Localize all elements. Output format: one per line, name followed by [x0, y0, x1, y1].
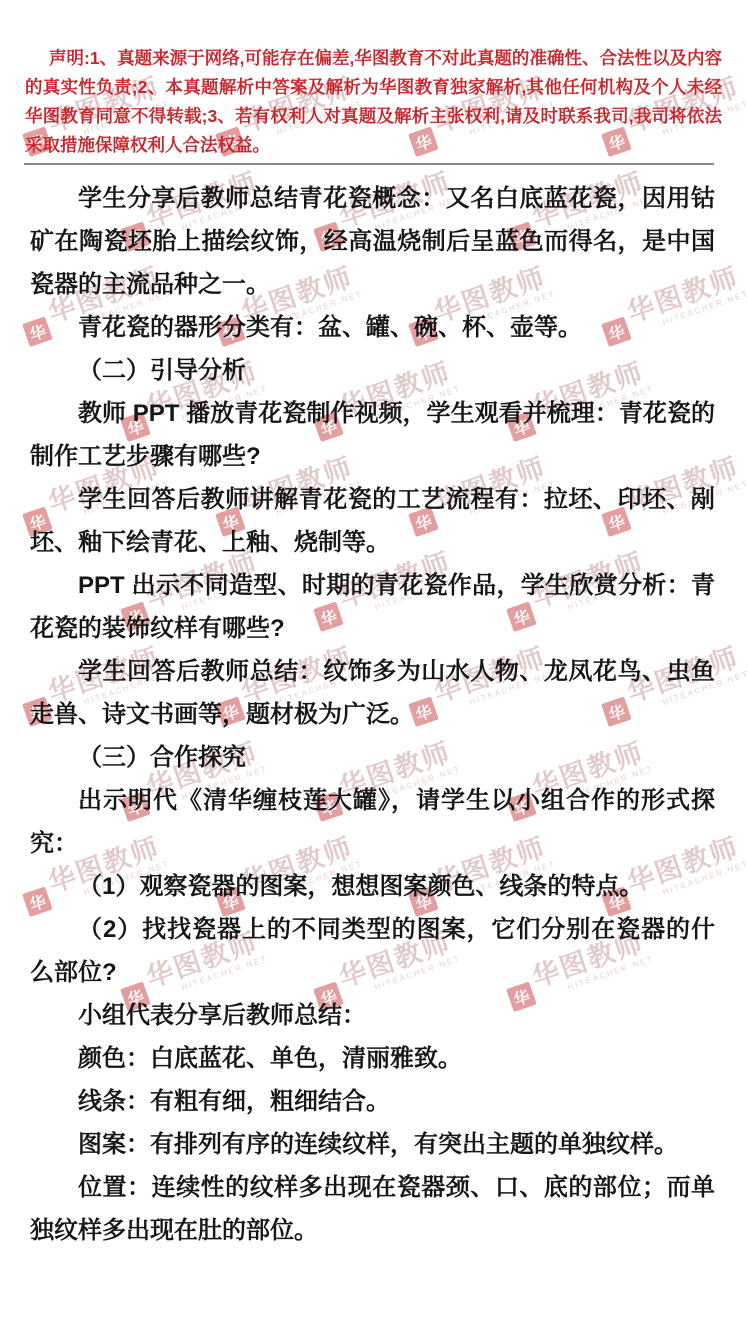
- paragraph: （1）观察瓷器的图案，想想图案颜色、线条的特点。: [30, 865, 715, 908]
- document-content: 声明:1、真题来源于网络,可能存在偏差,华图教育不对此真题的准确性、合法性以及内…: [0, 0, 748, 1252]
- paragraph: （二）引导分析: [30, 349, 715, 392]
- disclaimer-text: 1、真题来源于网络,可能存在偏差,华图教育不对此真题的准确性、合法性以及内容的真…: [25, 48, 722, 155]
- paragraph: 小组代表分享后教师总结：: [30, 994, 715, 1037]
- paragraph: 出示明代《清华缠枝莲大罐》，请学生以小组合作的形式探究：: [30, 779, 715, 865]
- paragraph: 线条：有粗有细，粗细结合。: [30, 1080, 715, 1123]
- document-body: 学生分享后教师总结青花瓷概念：又名白底蓝花瓷，因用钴矿在陶瓷坯胎上描绘纹饰，经高…: [0, 165, 748, 1252]
- paragraph: 学生回答后教师讲解青花瓷的工艺流程有：拉坯、印坯、剐坯、釉下绘青花、上釉、烧制等…: [30, 478, 715, 564]
- paragraph: （三）合作探究: [30, 736, 715, 779]
- disclaimer-notice: 声明:1、真题来源于网络,可能存在偏差,华图教育不对此真题的准确性、合法性以及内…: [0, 0, 748, 160]
- paragraph: PPT 出示不同造型、时期的青花瓷作品，学生欣赏分析：青花瓷的装饰纹样有哪些?: [30, 564, 715, 650]
- paragraph: 学生回答后教师总结：纹饰多为山水人物、龙凤花鸟、虫鱼走兽、诗文书画等，题材极为广…: [30, 650, 715, 736]
- paragraph: 颜色：白底蓝花、单色，清丽雅致。: [30, 1037, 715, 1080]
- paragraph: 教师 PPT 播放青花瓷制作视频，学生观看并梳理：青花瓷的制作工艺步骤有哪些?: [30, 392, 715, 478]
- paragraph: 位置：连续性的纹样多出现在瓷器颈、口、底的部位；而单独纹样多出现在肚的部位。: [30, 1166, 715, 1252]
- paragraph: 青花瓷的器形分类有：盆、罐、碗、杯、壶等。: [30, 306, 715, 349]
- paragraph: 学生分享后教师总结青花瓷概念：又名白底蓝花瓷，因用钴矿在陶瓷坯胎上描绘纹饰，经高…: [30, 177, 715, 306]
- disclaimer-label: 声明:: [49, 48, 90, 68]
- document-page: 华华图教师HITEACHER.NET华华图教师HITEACHER.NET华华图教…: [0, 0, 748, 1335]
- paragraph: （2）找找瓷器上的不同类型的图案，它们分别在瓷器的什么部位?: [30, 908, 715, 994]
- paragraph: 图案：有排列有序的连续纹样，有突出主题的单独纹样。: [30, 1123, 715, 1166]
